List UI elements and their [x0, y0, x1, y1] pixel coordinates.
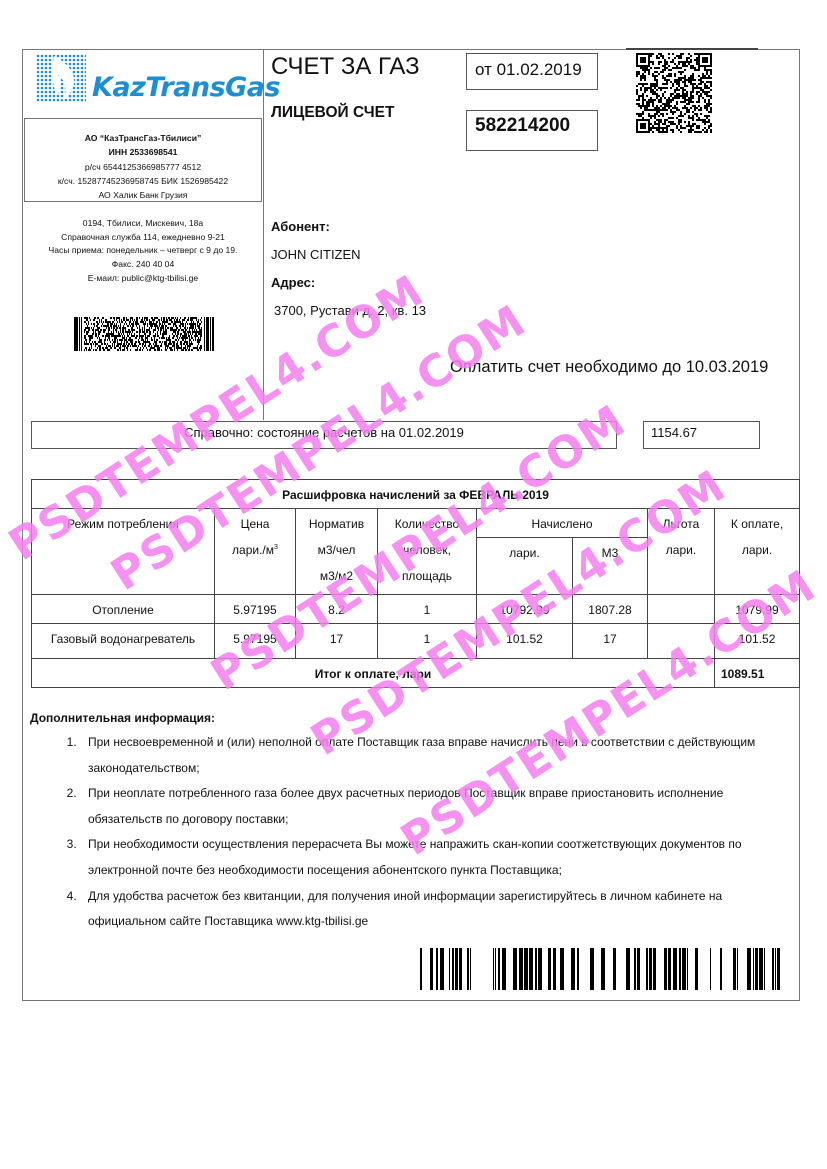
note-item: При необходимости осуществления перерасч… — [80, 832, 795, 883]
subscriber-address: 3700, Рустави д. 2, кв. 13 — [274, 303, 426, 318]
additional-info-list: При несвоевременной и (или) неполной опл… — [30, 730, 795, 935]
note-item: При неоплате потребленного газа более дв… — [80, 781, 795, 832]
header-norm: Нормативм3/челм3/м2 — [296, 509, 378, 595]
qr-code-icon — [636, 53, 712, 133]
total-label: Итог к оплате, лари — [32, 659, 715, 688]
pdf417-barcode-icon — [74, 317, 214, 351]
column-divider — [263, 49, 264, 420]
table-row: Отопление5.971958.21 10792.991807.281079… — [32, 595, 800, 624]
flame-dots-logo-icon — [36, 54, 86, 104]
header-price: Ценалари./м3 — [215, 509, 296, 595]
barcode-icon — [420, 948, 790, 990]
company-name: АО “КазТрансГаз-Тбилиси” — [25, 131, 261, 145]
due-date-notice: Оплатить счет необходимо до 10.03.2019 — [450, 358, 768, 377]
helpline: Справочная служба 114, ежедневно 9-21 — [24, 231, 262, 245]
company-address: 0194, Тбилиси, Мискевич, 18а — [24, 217, 262, 231]
charges-table: Расшифровка начислений за ФЕВРАЛЬ 2019 Р… — [31, 479, 800, 688]
correspondent-account: к/сч. 15287745236958745 БИК 1526985422 — [25, 174, 261, 188]
total-value: 1089.51 — [715, 659, 800, 688]
header-quantity: Количествочеловек,площадь — [378, 509, 477, 595]
additional-info-title: Дополнительная информация: — [30, 711, 215, 725]
invoice-date: от 01.02.2019 — [466, 53, 598, 90]
note-item: Для удобства расчетож без квитанции, для… — [80, 884, 795, 935]
header-charged-gel: лари. — [477, 538, 573, 595]
settlement-account: р/сч 6544125366985777 4512 — [25, 160, 261, 174]
contacts: 0194, Тбилиси, Мискевич, 18а Справочная … — [24, 217, 262, 286]
header-to-pay: К оплате,лари. — [715, 509, 800, 595]
subscriber-name: JOHN CITIZEN — [271, 247, 361, 262]
inn: ИНН 2533698541 — [25, 145, 261, 159]
note-item: При несвоевременной и (или) неполной опл… — [80, 730, 795, 781]
table-header-row: Режим потребления Ценалари./м3 Нормативм… — [32, 509, 800, 538]
address-label: Адрес: — [271, 275, 315, 290]
company-logo: KazTransGas — [34, 52, 260, 108]
balance-value: 1154.67 — [643, 421, 760, 449]
total-row: Итог к оплате, лари 1089.51 — [32, 659, 800, 688]
bank-name: АО Халик Банк Грузия — [25, 188, 261, 202]
account-number: 582214200 — [466, 110, 598, 151]
subscriber-label: Абонент: — [271, 219, 330, 234]
account-label: ЛИЦЕВОЙ СЧЕТ — [271, 104, 395, 122]
header-charged: Начислено — [477, 509, 648, 538]
balance-reference: Справочно: состояние расчетов на 01.02.2… — [31, 421, 617, 449]
header-mode: Режим потребления — [32, 509, 215, 595]
logo-text: KazTransGas — [92, 72, 280, 103]
header-benefit: Льготалари. — [648, 509, 715, 595]
email: E-маил: public@ktg-tbilisi.ge — [24, 272, 262, 286]
bank-details: АО “КазТрансГаз-Тбилиси” ИНН 2533698541 … — [24, 118, 262, 202]
table-title: Расшифровка начислений за ФЕВРАЛЬ 2019 — [32, 480, 800, 509]
table-row: Газовый водонагреватель5.97195171 101.52… — [32, 624, 800, 659]
qr-top-line — [626, 48, 758, 50]
document-title: СЧЕТ ЗА ГАЗ — [271, 53, 420, 81]
header-charged-m3: М3 — [573, 538, 648, 595]
fax: Факс. 240 40 04 — [24, 258, 262, 272]
office-hours: Часы приема: понедельник – четверг с 9 д… — [24, 244, 262, 258]
